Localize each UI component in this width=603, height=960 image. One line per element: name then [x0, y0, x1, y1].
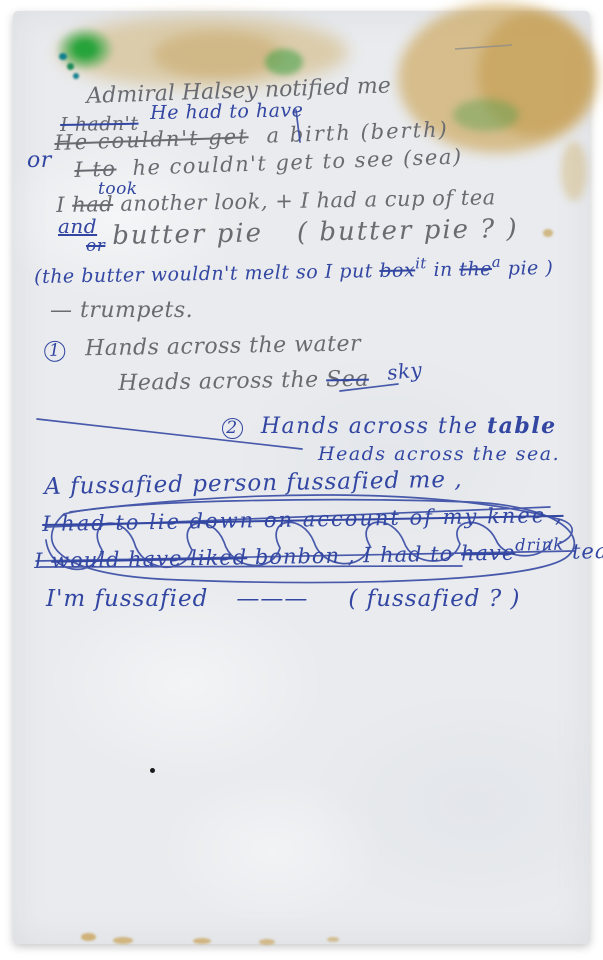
green-tint-right-stain	[453, 99, 519, 131]
handwriting-segment: had	[72, 192, 113, 217]
handwriting-segment: sky	[386, 357, 424, 385]
ink-dot	[150, 768, 155, 773]
handwriting-segment: He had to have	[150, 99, 304, 124]
handwriting-segment: I	[34, 549, 51, 573]
struck-or: or	[86, 237, 105, 257]
handwriting-segment: bonbon , I had to	[247, 542, 461, 570]
handwriting-segment: — trumpets.	[50, 298, 193, 323]
handwriting-segment: in	[427, 259, 460, 282]
insert-a: a	[492, 254, 502, 271]
handwriting-segment: Hands across the	[261, 414, 487, 439]
tan-spot-bottom-2	[113, 937, 133, 944]
tan-stain-top-right-dark	[478, 11, 593, 136]
handwriting-segment: and	[58, 214, 97, 238]
green-ink-blot	[55, 26, 115, 72]
handwriting-segment: table	[487, 413, 557, 439]
insert-sky: sky	[386, 358, 423, 385]
handwriting-segment: tea ,	[564, 539, 603, 564]
tan-spot-bottom-4	[259, 939, 275, 945]
handwriting-segment: the	[459, 258, 492, 281]
handwriting-segment: Hands across the water	[85, 331, 361, 361]
tan-stain-top-center	[153, 31, 283, 79]
line-trumpets: — trumpets.	[50, 298, 193, 323]
handwriting-segment: Sea	[326, 367, 369, 393]
circled-number-2: 2	[222, 418, 243, 439]
green-smudge-center	[265, 49, 303, 75]
circled-number-1: 1	[44, 341, 65, 362]
handwriting-segment: Heads across the	[118, 367, 326, 396]
handwriting-segment: butter pie	[112, 218, 263, 251]
handwriting-segment: ( fussafied ? )	[348, 586, 520, 612]
line-heads-across-sky: Heads across the Sea	[118, 367, 369, 397]
handwriting-segment: would have liked	[51, 545, 247, 572]
handwriting-segment: have	[461, 541, 516, 566]
insert-he-had-to-have: He had to have	[150, 100, 304, 125]
long-dash: ———	[236, 586, 308, 612]
line-heads-across-sea: Heads across the sea.	[318, 444, 560, 466]
tan-streak-right-edge	[561, 141, 587, 201]
handwriting-segment: box	[379, 259, 415, 282]
handwriting-segment: Heads across the sea.	[318, 443, 560, 465]
insert-drink: drink	[515, 535, 564, 555]
green-speck-2	[67, 63, 74, 70]
green-speck-3	[73, 73, 79, 79]
tan-spot-bottom-3	[193, 938, 211, 944]
insert-and: and	[58, 215, 97, 238]
green-speck-1	[59, 53, 67, 60]
tan-dot-mid-right	[543, 229, 553, 237]
insert-it: it	[415, 255, 427, 272]
handwriting-segment: I'm fussafied	[46, 586, 208, 612]
photo-background: { "document": { "kind": "handwritten-lyr…	[0, 0, 603, 960]
handwriting-segment: or	[27, 148, 52, 173]
handwriting-segment: pie )	[501, 257, 553, 280]
handwriting-segment: ( butter pie ? )	[297, 214, 519, 248]
tan-spot-bottom-1	[81, 933, 96, 941]
line-im-fussafied: I'm fussafied———( fussafied ? )	[46, 586, 520, 612]
handwriting-segment: or	[86, 236, 105, 256]
margin-or: or	[27, 148, 52, 173]
line-hands-across-table: 2Hands across the table	[222, 414, 557, 439]
tan-spot-bottom-5	[327, 937, 339, 942]
